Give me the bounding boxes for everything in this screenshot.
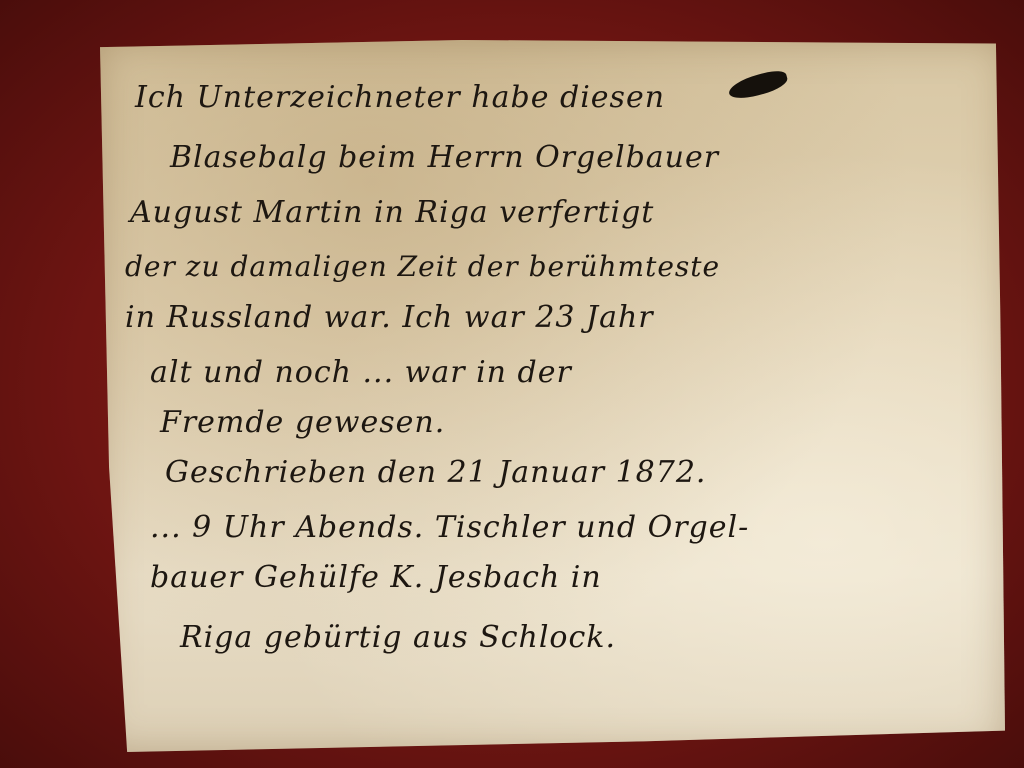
note-line-10: bauer Gehülfe K. Jesbach in bbox=[150, 560, 602, 595]
note-line-7: Fremde gewesen. bbox=[160, 405, 445, 440]
note-line-5: in Russland war. Ich war 23 Jahr bbox=[125, 300, 654, 335]
note-line-3: August Martin in Riga verfertigt bbox=[130, 195, 654, 230]
note-line-6: alt und noch ... war in der bbox=[150, 355, 572, 390]
note-line-8: Geschrieben den 21 Januar 1872. bbox=[165, 455, 706, 490]
note-line-11: Riga gebürtig aus Schlock. bbox=[180, 620, 616, 655]
note-line-2: Blasebalg beim Herrn Orgelbauer bbox=[170, 140, 719, 175]
note-line-9: ... 9 Uhr Abends. Tischler und Orgel- bbox=[150, 510, 749, 545]
note-line-1: Ich Unterzeichneter habe diesen bbox=[135, 80, 665, 115]
note-line-4: der zu damaligen Zeit der berühmteste bbox=[125, 250, 720, 283]
